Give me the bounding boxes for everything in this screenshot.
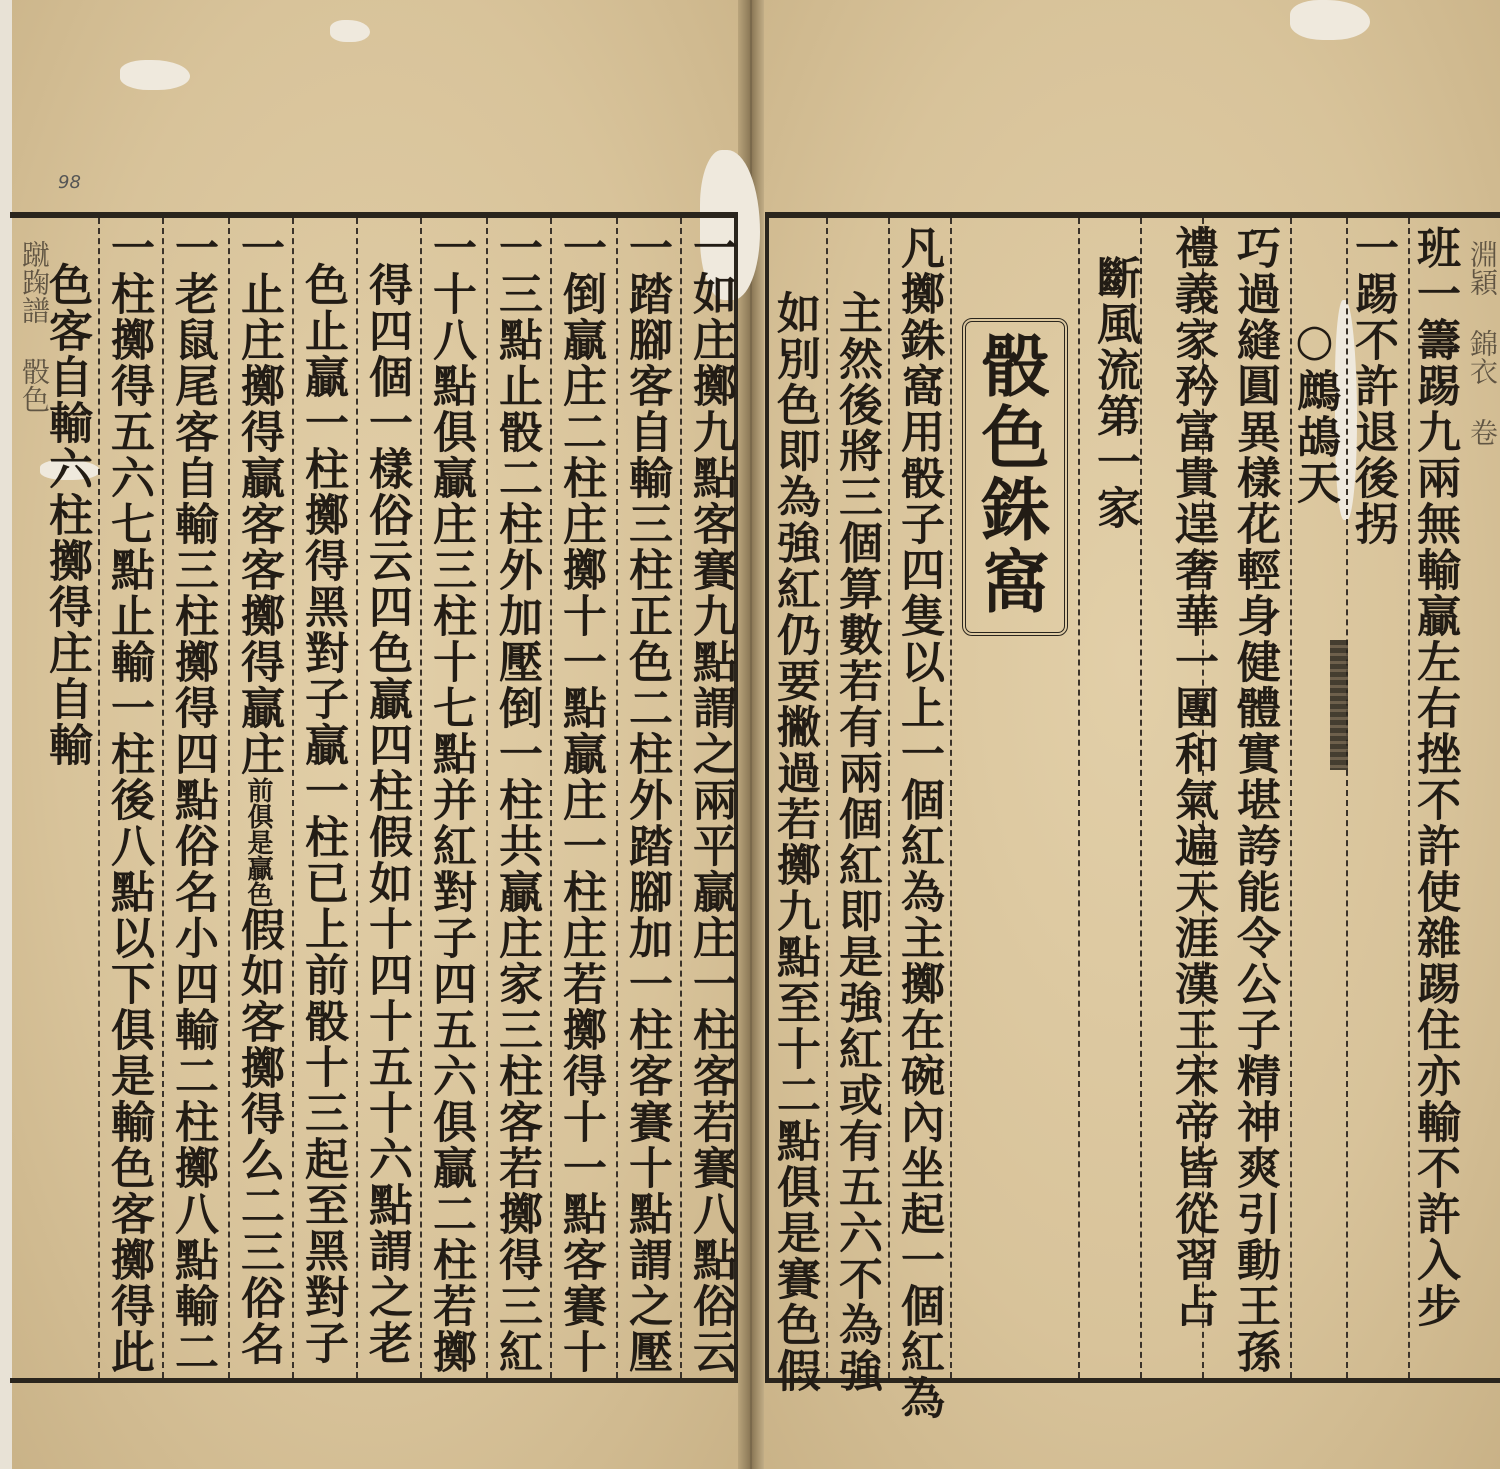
section-title: 骰色銖窩: [976, 330, 1044, 618]
column-rule: [550, 218, 552, 1378]
text-column: 禮義家矜富貴逞奢華一團和氣遍天涯漢王宋帝皆從習占: [1170, 225, 1214, 1329]
text-column: 一如庄擲九點客賽九點謂之兩平贏庄一柱客若賽八點俗云: [688, 225, 732, 1375]
text-column: 色客自輸六柱擲得庄自輸: [44, 262, 88, 768]
column-rule: [162, 218, 164, 1378]
text-column: 一柱擲得五六七點止輸一柱後八點以下俱是輸色客擲得此: [106, 225, 150, 1375]
text-column: 一十八點俱贏庄三柱十七點并紅對子四五六俱贏二柱若擲: [428, 225, 472, 1375]
text-column: 一踢不許退後拐: [1350, 225, 1394, 547]
text-column: 一踏腳客自輸三柱正色二柱外踏腳加一柱客賽十點謂之壓: [624, 225, 668, 1375]
text-column: 主然後將三個算數若有兩個紅即是強紅或有五六不為強: [834, 290, 878, 1394]
text-column: 斷風流第一家: [1092, 255, 1136, 531]
column-continued-text: 假如客擲得么二三俗名: [233, 907, 284, 1367]
text-column: 得四個一樣俗云四色贏四柱假如十四十五十六點謂之老: [364, 262, 408, 1366]
right-margin-label: 淵穎 錦衣 卷: [1462, 240, 1500, 446]
column-rule: [950, 218, 952, 1378]
text-column: 一三點止骰二柱外加壓倒一柱共贏庄家三柱客若擲得三紅: [494, 225, 538, 1375]
column-rule: [98, 218, 100, 1378]
handwritten-page-number: 98: [58, 172, 81, 193]
text-column: 班一籌踢九兩無輸贏左右挫不許使雜踢住亦輸不許入步: [1412, 225, 1456, 1329]
column-rule: [228, 218, 230, 1378]
column-rule: [1078, 218, 1080, 1378]
book-spread: 98 蹴踘譜 骰色 淵穎 錦衣 卷 班一籌踢九兩無輸贏左右挫不許使雜踢住亦輸不許…: [0, 0, 1500, 1469]
paper-damage: [330, 20, 370, 42]
column-rule: [1140, 218, 1142, 1378]
column-rule: [356, 218, 358, 1378]
paper-damage: [1290, 0, 1370, 40]
ink-block-mark: [1330, 640, 1348, 770]
right-frame-top: [765, 212, 1500, 218]
text-column: 一老鼠尾客自輸三柱擲得四點俗名小四輸二柱擲八點輸二: [170, 225, 214, 1375]
page-edge: [0, 0, 12, 1469]
text-column: 色止贏一柱擲得黑對子贏一柱已上前骰十三起至黑對子: [300, 262, 344, 1366]
column-rule: [826, 218, 828, 1378]
paper-damage: [120, 60, 190, 90]
text-column: 一倒贏庄二柱庄擲十一點贏庄一柱庄若擲得十一點客賽十: [558, 225, 602, 1375]
column-rule: [420, 218, 422, 1378]
column-rule: [486, 218, 488, 1378]
text-column: 一止庄擲得贏客客擲得贏庄前俱是贏色假如客擲得么二三俗名: [236, 225, 280, 1367]
left-frame-bottom: [10, 1378, 735, 1383]
text-column: 如別色即為強紅仍要撇過若擲九點至十二點俱是賽色假: [772, 290, 816, 1394]
column-main-text: 一止庄擲得贏客客擲得贏庄: [233, 225, 284, 777]
column-rule: [616, 218, 618, 1378]
interlinear-note: 前俱是贏色: [243, 777, 273, 907]
column-rule: [888, 218, 890, 1378]
text-column: 巧過縫圓異樣花輕身健體實堪誇能令公子精神爽引動王孫: [1232, 225, 1276, 1375]
column-rule: [680, 218, 682, 1378]
column-rule: [292, 218, 294, 1378]
text-column: 凡擲銖窩用骰子四隻以上一個紅為主擲在碗內坐起一個紅為: [896, 225, 940, 1421]
left-frame-top: [10, 212, 735, 218]
poem-title: ○鷓鴣天: [1292, 315, 1336, 506]
